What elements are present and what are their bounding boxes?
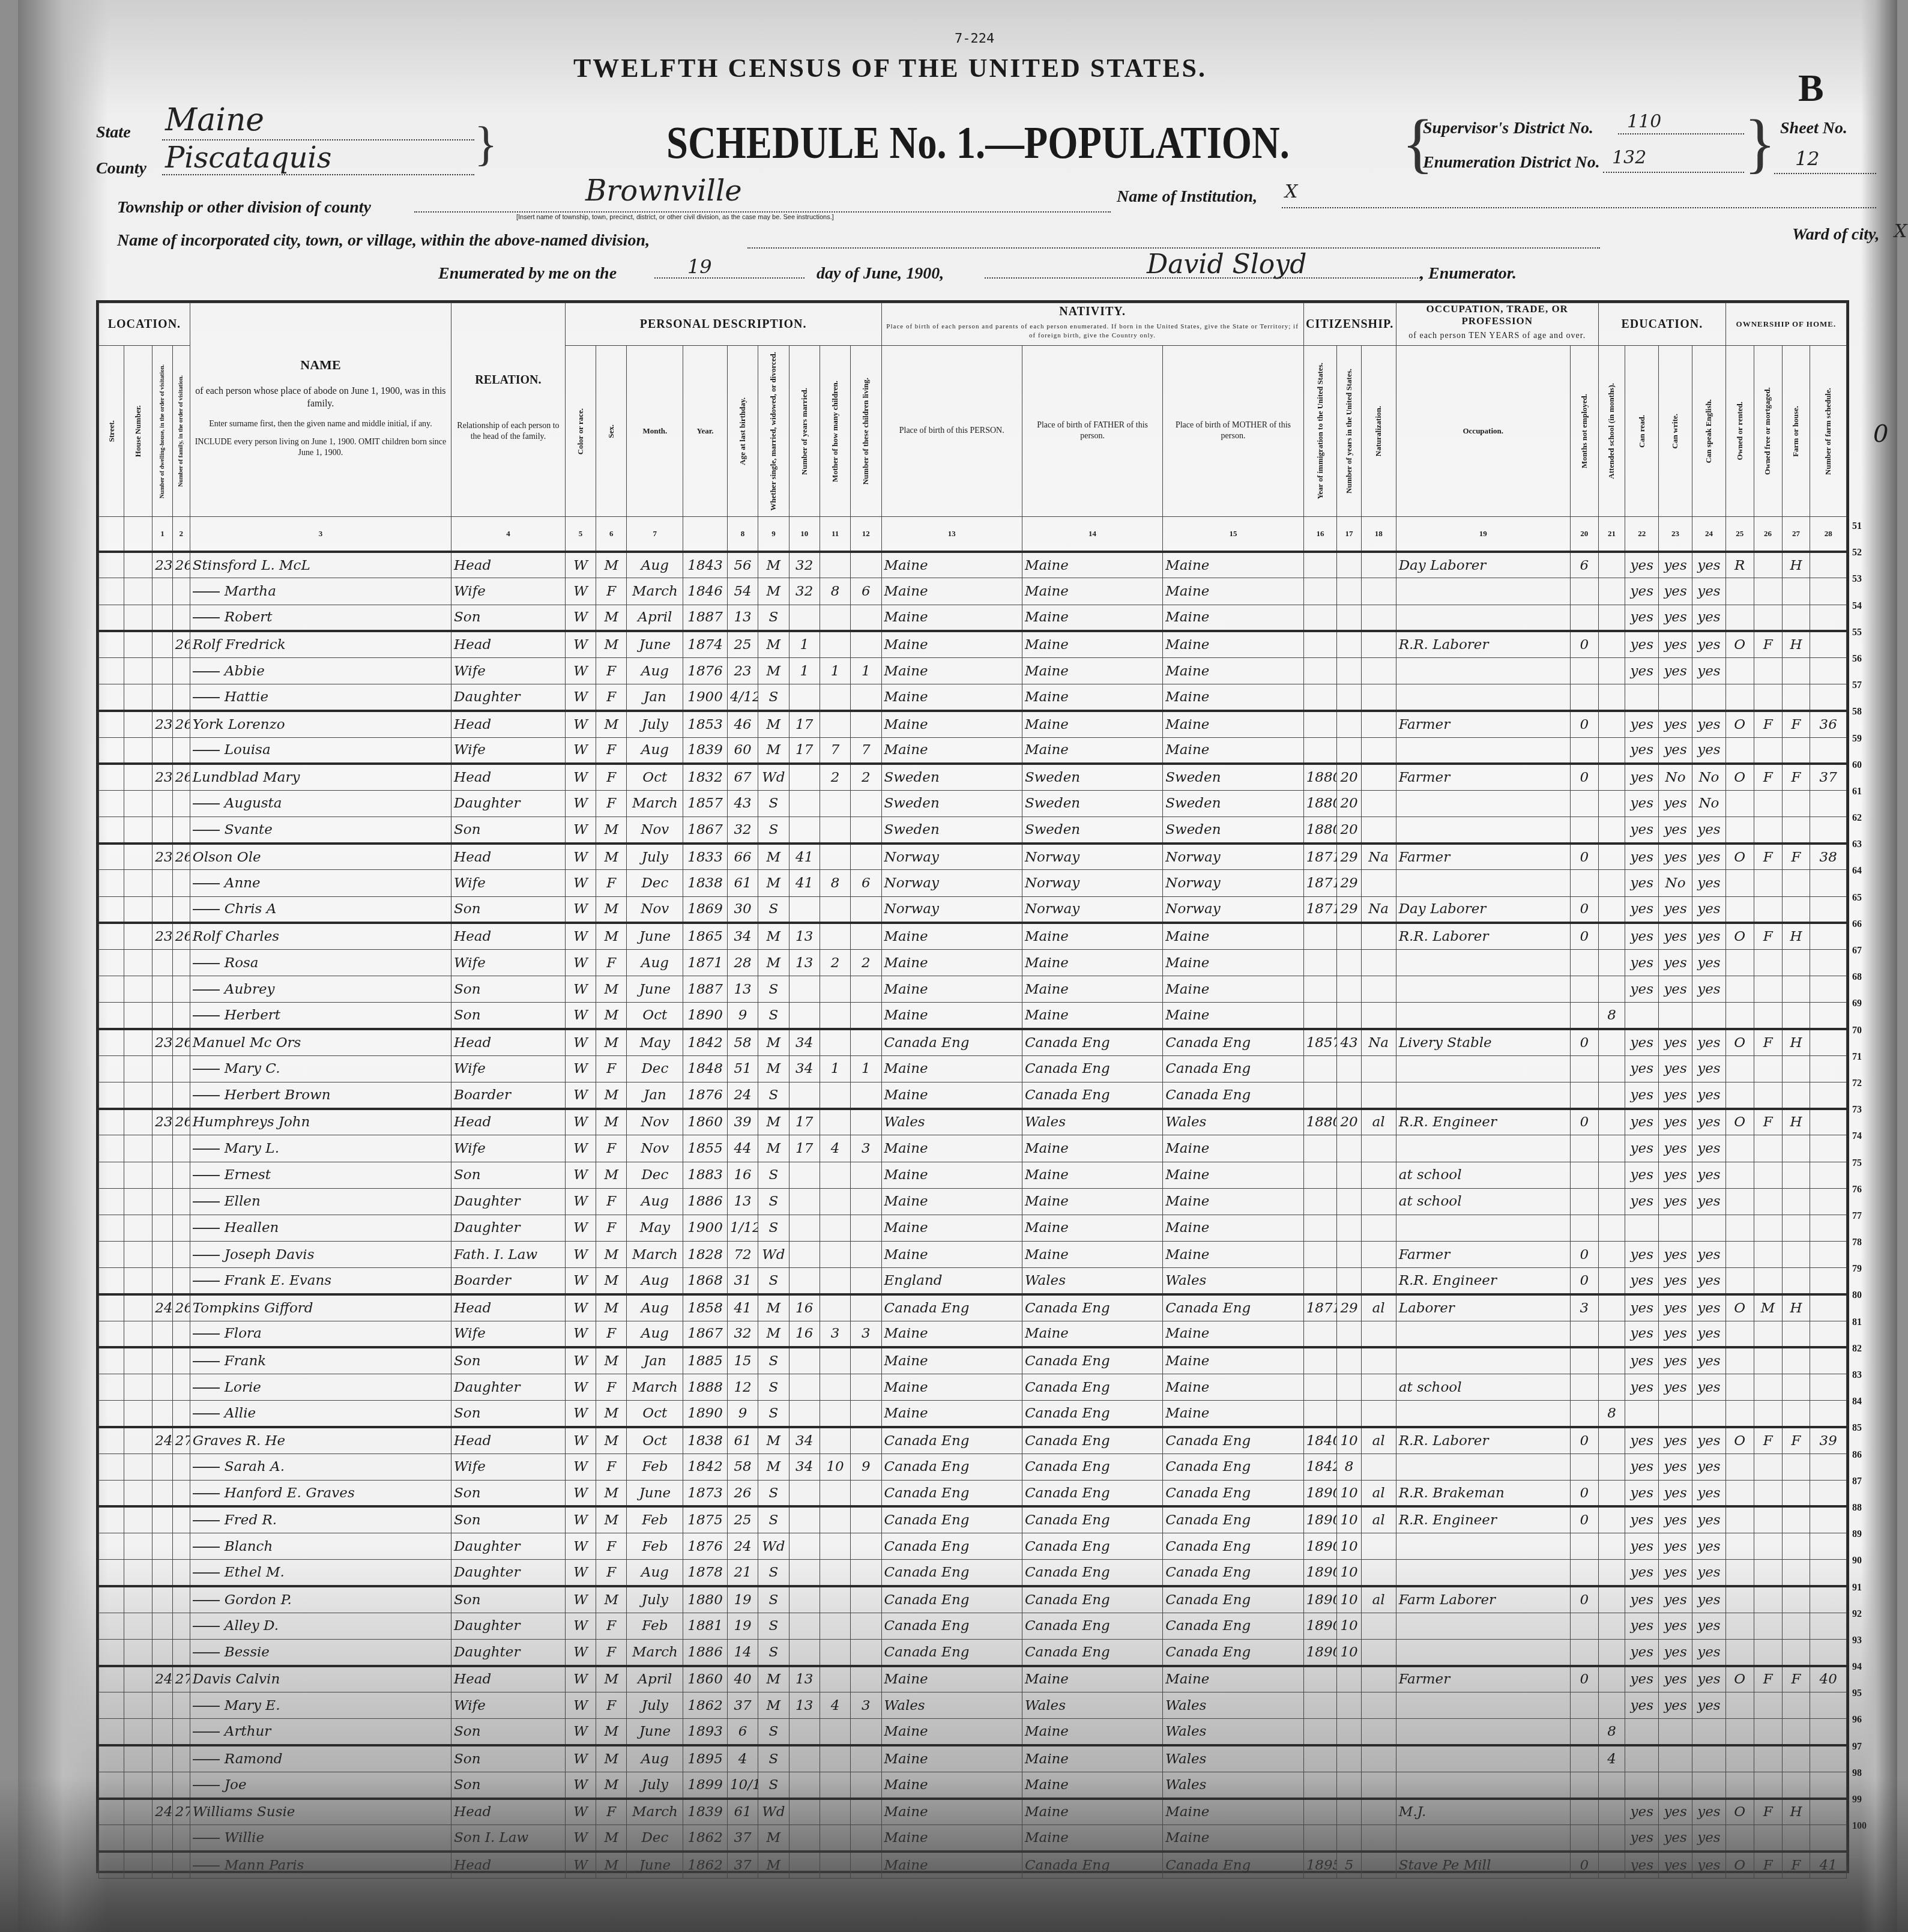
cell-street [99, 870, 124, 896]
cell-color: W [565, 1745, 596, 1772]
cell-street [99, 1480, 124, 1506]
surname-ditto-dash [193, 883, 220, 884]
cell-unemp [1570, 1825, 1598, 1852]
cell-yrs-married [789, 1745, 820, 1772]
cell-write: yes [1659, 605, 1692, 631]
surname-ditto-dash [193, 1069, 220, 1070]
cell-own [1725, 1215, 1754, 1241]
cell-living [851, 1427, 881, 1454]
cell-pob-mother: Canada Eng [1163, 1639, 1303, 1665]
cell-family [172, 1321, 190, 1347]
cell-school [1598, 1852, 1625, 1878]
cell-own [1725, 817, 1754, 844]
cell-unemp: 0 [1570, 923, 1598, 949]
surname-ditto-dash [193, 1281, 220, 1282]
cell-occ [1396, 790, 1570, 817]
cell-imm [1303, 1347, 1337, 1374]
cell-color: W [565, 1427, 596, 1454]
cell-free [1754, 896, 1782, 923]
cell-marital: S [758, 1215, 789, 1241]
cell-house [124, 1294, 152, 1321]
cell-yrs-married: 17 [789, 1135, 820, 1162]
cell-pob-father: Canada Eng [1022, 1586, 1162, 1613]
cell-farm [1782, 1215, 1810, 1241]
cell-school [1598, 923, 1625, 949]
surname-ditto-dash [193, 1175, 220, 1176]
cell-rel: Head [451, 1666, 566, 1692]
surname-ditto-dash [193, 909, 220, 910]
cell-name: Alley D. [190, 1613, 451, 1639]
cell-year: 1869 [683, 896, 728, 923]
cell-sex: M [596, 1480, 627, 1506]
cell-english: yes [1692, 1294, 1725, 1321]
cell-marital: S [758, 817, 789, 844]
enumerator-name: David Sloyd [1147, 249, 1306, 280]
cell-nat: Na [1361, 896, 1396, 923]
cell-year: 1890 [683, 1401, 728, 1427]
cell-pob-father: Canada Eng [1022, 1427, 1162, 1454]
township-value: Brownville [585, 174, 742, 208]
cell-house [124, 1639, 152, 1665]
cell-write: yes [1659, 578, 1692, 605]
cell-imm: 1890 [1303, 1586, 1337, 1613]
cell-unemp [1570, 1613, 1598, 1639]
cell-nat: Na [1361, 844, 1396, 870]
cell-sched [1810, 1506, 1847, 1533]
name-title: NAME [190, 357, 451, 373]
cell-street [99, 1427, 124, 1454]
cell-house [124, 1082, 152, 1108]
cell-rel: Wife [451, 1454, 566, 1480]
cell-yrs-married [789, 1639, 820, 1665]
cell-imm: 1871 [1303, 1294, 1337, 1321]
ward-label: Ward of city, [1792, 225, 1879, 244]
cell-street [99, 790, 124, 817]
cell-street [99, 1162, 124, 1188]
cell-family [172, 870, 190, 896]
cell-english: No [1692, 790, 1725, 817]
cell-farm [1782, 1055, 1810, 1082]
cell-living: 2 [851, 950, 881, 976]
cell-sex: F [596, 1055, 627, 1082]
cell-month: Jan [627, 684, 683, 711]
cell-farm [1782, 1639, 1810, 1665]
cell-read: yes [1625, 1825, 1659, 1852]
cell-english: yes [1692, 605, 1725, 631]
cell-own [1725, 578, 1754, 605]
cell-mother-of: 8 [820, 578, 850, 605]
cell-house [124, 1135, 152, 1162]
census-row: 236265Olson OleHeadWMJuly183366M41Norway… [99, 844, 1847, 870]
cell-imm [1303, 1719, 1337, 1745]
cell-pob: Maine [881, 657, 1022, 684]
cell-free [1754, 870, 1782, 896]
cell-sched [1810, 737, 1847, 764]
cell-sex: M [596, 1401, 627, 1427]
cell-marital: M [758, 578, 789, 605]
census-row: HattieDaughterWFJan19004/12SMaineMaineMa… [99, 684, 1847, 711]
cell-sched [1810, 896, 1847, 923]
cell-imm [1303, 1135, 1337, 1162]
relation-header: RELATION. Relationship of each person to… [451, 303, 566, 517]
cell-dwelling [152, 1188, 172, 1215]
cell-age: 32 [727, 817, 758, 844]
cell-school [1598, 1321, 1625, 1347]
cell-read: yes [1625, 1268, 1659, 1294]
col-free-mortgaged: Owned free or mortgaged. [1754, 346, 1782, 517]
cell-unemp [1570, 1454, 1598, 1480]
cell-pob-father: Maine [1022, 1215, 1162, 1241]
cell-yrs-married: 16 [789, 1321, 820, 1347]
cell-dwelling [152, 631, 172, 657]
col-marital: Whether single, married, widowed, or div… [758, 346, 789, 517]
cell-mother-of [820, 1533, 850, 1560]
cell-month: Nov [627, 817, 683, 844]
cell-pob: Maine [881, 1401, 1022, 1427]
surname-ditto-dash [193, 1493, 220, 1494]
cell-yrs-us: 10 [1337, 1639, 1361, 1665]
cell-house [124, 896, 152, 923]
cell-dwelling [152, 1374, 172, 1401]
cell-marital: S [758, 790, 789, 817]
cell-occ: R.R. Engineer [1396, 1268, 1570, 1294]
cell-pob-father: Maine [1022, 552, 1162, 578]
col-color: Color or race. [565, 346, 596, 517]
cell-dwelling [152, 1586, 172, 1613]
cell-english: yes [1692, 1586, 1725, 1613]
cell-unemp [1570, 1055, 1598, 1082]
col-farm-house: Farm or house. [1782, 346, 1810, 517]
cell-yrs-us [1337, 737, 1361, 764]
cell-yrs-married [789, 1506, 820, 1533]
line-number: 79 [1852, 1256, 1876, 1282]
cell-color: W [565, 976, 596, 1003]
cell-read: yes [1625, 1639, 1659, 1665]
cell-school [1598, 1374, 1625, 1401]
cell-dwelling [152, 1745, 172, 1772]
cell-yrs-married [789, 1772, 820, 1798]
cell-rel: Head [451, 1799, 566, 1825]
cell-imm [1303, 1374, 1337, 1401]
surname-ditto-dash [193, 1228, 220, 1229]
cell-mother-of [820, 844, 850, 870]
cell-age: 51 [727, 1055, 758, 1082]
cell-read: yes [1625, 1533, 1659, 1560]
cell-own: O [1725, 1666, 1754, 1692]
cell-pob-father: Maine [1022, 1188, 1162, 1215]
cell-age: 46 [727, 711, 758, 737]
cell-own [1725, 1586, 1754, 1613]
cell-write: yes [1659, 1055, 1692, 1082]
cell-dwelling [152, 1560, 172, 1586]
cell-sched [1810, 1745, 1847, 1772]
cell-occ [1396, 1533, 1570, 1560]
cell-sex: F [596, 578, 627, 605]
cell-mother-of [820, 1825, 850, 1852]
cell-sex: M [596, 923, 627, 949]
cell-color: W [565, 684, 596, 711]
cell-color: W [565, 1135, 596, 1162]
cell-free: F [1754, 764, 1782, 790]
cell-farm: H [1782, 1799, 1810, 1825]
cell-house [124, 737, 152, 764]
cell-year: 1873 [683, 1480, 728, 1506]
cell-nat [1361, 1082, 1396, 1108]
cell-sched: 38 [1810, 844, 1847, 870]
cell-nat [1361, 1560, 1396, 1586]
cell-sched [1810, 1586, 1847, 1613]
cell-color: W [565, 631, 596, 657]
cell-living [851, 1533, 881, 1560]
cell-dwelling: 243 [152, 1799, 172, 1825]
cell-pob: Norway [881, 896, 1022, 923]
cell-mother-of [820, 1852, 850, 1878]
cell-own: O [1725, 1799, 1754, 1825]
cell-yrs-us: 10 [1337, 1560, 1361, 1586]
cell-marital: M [758, 1454, 789, 1480]
relation-desc: Relationship of each person to the head … [451, 417, 565, 446]
cell-own [1725, 1082, 1754, 1108]
cell-marital: M [758, 1825, 789, 1852]
cell-age: 44 [727, 1135, 758, 1162]
cell-sched: 36 [1810, 711, 1847, 737]
cell-sex: F [596, 1799, 627, 1825]
cell-write: yes [1659, 950, 1692, 976]
cell-pob-mother: Norway [1163, 896, 1303, 923]
cell-sex: M [596, 817, 627, 844]
cell-color: W [565, 1533, 596, 1560]
cell-school [1598, 1666, 1625, 1692]
cell-english: yes [1692, 1692, 1725, 1719]
cell-age: 56 [727, 552, 758, 578]
cell-imm: 1871 [1303, 870, 1337, 896]
cell-unemp [1570, 790, 1598, 817]
census-row: Sarah A.WifeWFFeb184258M34109Canada EngC… [99, 1454, 1847, 1480]
cell-house [124, 950, 152, 976]
cell-school [1598, 1799, 1625, 1825]
cell-sched [1810, 1374, 1847, 1401]
cell-pob-mother: Maine [1163, 631, 1303, 657]
cell-living [851, 1639, 881, 1665]
cell-rel: Daughter [451, 790, 566, 817]
cell-year: 1881 [683, 1613, 728, 1639]
cell-sched [1810, 1613, 1847, 1639]
col-birth-month: Month. [627, 346, 683, 517]
cell-family [172, 1188, 190, 1215]
cell-yrs-us [1337, 684, 1361, 711]
cell-own: O [1725, 631, 1754, 657]
cell-name: Svante [190, 817, 451, 844]
cell-street [99, 764, 124, 790]
cell-living [851, 605, 881, 631]
scan-edge-left [18, 0, 108, 1932]
cell-month: Aug [627, 552, 683, 578]
cell-read: yes [1625, 657, 1659, 684]
surname-ditto-dash [193, 1838, 220, 1839]
cell-free: F [1754, 1109, 1782, 1135]
cell-unemp [1570, 976, 1598, 1003]
cell-own [1725, 1162, 1754, 1188]
census-row: BessieDaughterWFMarch188614SCanada EngCa… [99, 1639, 1847, 1665]
cell-family [172, 1613, 190, 1639]
cell-free [1754, 1506, 1782, 1533]
cell-pob-father: Canada Eng [1022, 1401, 1162, 1427]
cell-pob-father: Canada Eng [1022, 1082, 1162, 1108]
cell-living [851, 790, 881, 817]
census-row: BlanchDaughterWFFeb187624WdCanada EngCan… [99, 1533, 1847, 1560]
cell-month: June [627, 1480, 683, 1506]
cell-sex: M [596, 631, 627, 657]
cell-year: 1832 [683, 764, 728, 790]
cell-age: 61 [727, 870, 758, 896]
cell-pob-mother: Norway [1163, 844, 1303, 870]
cell-mother-of: 4 [820, 1135, 850, 1162]
cell-month: Jan [627, 1082, 683, 1108]
cell-mother-of [820, 1029, 850, 1055]
township-label: Township or other division of county [117, 198, 371, 217]
cell-living [851, 1745, 881, 1772]
cell-imm: 1880 [1303, 764, 1337, 790]
line-number: 87 [1852, 1469, 1876, 1495]
cell-street [99, 605, 124, 631]
cell-pob-mother: Canada Eng [1163, 1294, 1303, 1321]
cell-occ [1396, 1401, 1570, 1427]
cell-read: yes [1625, 631, 1659, 657]
cell-age: 37 [727, 1852, 758, 1878]
line-number: 63 [1852, 832, 1876, 858]
cell-free [1754, 1745, 1782, 1772]
census-row: Fred R.SonWMFeb187525SCanada EngCanada E… [99, 1506, 1847, 1533]
cell-house [124, 817, 152, 844]
cell-month: June [627, 1719, 683, 1745]
sheet-no-label: Sheet No. [1780, 119, 1847, 138]
cell-nat [1361, 1055, 1396, 1082]
cell-marital: M [758, 1294, 789, 1321]
cell-living [851, 1799, 881, 1825]
nativity-desc: Place of birth of each person and parent… [882, 319, 1303, 343]
cell-month: June [627, 1852, 683, 1878]
cell-farm [1782, 1082, 1810, 1108]
cell-sched [1810, 1003, 1847, 1029]
cell-sched [1810, 870, 1847, 896]
cell-house [124, 552, 152, 578]
surname-ditto-dash [193, 617, 220, 618]
line-number: 80 [1852, 1282, 1876, 1309]
line-number: 98 [1852, 1760, 1876, 1787]
col-years-married: Number of years married. [789, 346, 820, 517]
cell-living: 2 [851, 764, 881, 790]
cell-imm: 1880 [1303, 790, 1337, 817]
cell-age: 14 [727, 1639, 758, 1665]
cell-living [851, 1162, 881, 1188]
cell-color: W [565, 1055, 596, 1082]
cell-school [1598, 1613, 1625, 1639]
cell-rel: Son [451, 1719, 566, 1745]
cell-read [1625, 1772, 1659, 1798]
line-number: 65 [1852, 885, 1876, 911]
cell-mother-of [820, 1082, 850, 1108]
cell-imm: 1840 [1303, 1427, 1337, 1454]
cell-living [851, 1666, 881, 1692]
cell-dwelling [152, 1692, 172, 1719]
line-number: 56 [1852, 646, 1876, 672]
cell-own: O [1725, 1427, 1754, 1454]
cell-living [851, 896, 881, 923]
cell-own [1725, 1401, 1754, 1427]
cell-imm [1303, 631, 1337, 657]
cell-own: O [1725, 844, 1754, 870]
cell-imm [1303, 1666, 1337, 1692]
cell-pob: Canada Eng [881, 1639, 1022, 1665]
cell-school [1598, 790, 1625, 817]
cell-english: No [1692, 764, 1725, 790]
cell-farm [1782, 1586, 1810, 1613]
cell-rel: Head [451, 1029, 566, 1055]
cell-imm [1303, 1772, 1337, 1798]
cell-living [851, 1347, 881, 1374]
cell-imm: 1890 [1303, 1613, 1337, 1639]
relation-title: RELATION. [451, 373, 565, 387]
cell-living [851, 684, 881, 711]
cell-school: 8 [1598, 1401, 1625, 1427]
surname-ditto-dash [193, 1413, 220, 1414]
cell-nat [1361, 1188, 1396, 1215]
cell-own [1725, 1135, 1754, 1162]
cell-yrs-married: 17 [789, 711, 820, 737]
cell-dwelling [152, 1852, 172, 1878]
cell-occ: Day Laborer [1396, 896, 1570, 923]
col-months-unemployed: Months not employed. [1570, 346, 1598, 517]
cell-farm [1782, 578, 1810, 605]
cell-free [1754, 1480, 1782, 1506]
cell-pob: Maine [881, 552, 1022, 578]
cell-sched [1810, 1082, 1847, 1108]
cell-own [1725, 1613, 1754, 1639]
census-row: 242271Davis CalvinHeadWMApril186040M13Ma… [99, 1666, 1847, 1692]
cell-sex: M [596, 1082, 627, 1108]
cell-free [1754, 790, 1782, 817]
cell-occ [1396, 817, 1570, 844]
cell-unemp: 0 [1570, 711, 1598, 737]
cell-pob: Maine [881, 1135, 1022, 1162]
cell-color: W [565, 1719, 596, 1745]
cell-mother-of: 10 [820, 1454, 850, 1480]
cell-yrs-us [1337, 1666, 1361, 1692]
cell-yrs-married [789, 1242, 820, 1268]
cell-yrs-married: 13 [789, 950, 820, 976]
cell-month: Feb [627, 1506, 683, 1533]
census-row: FloraWifeWFAug186732M1633MaineMaineMaine… [99, 1321, 1847, 1347]
cell-street [99, 1772, 124, 1798]
cell-read: yes [1625, 896, 1659, 923]
census-row: FrankSonWMJan188515SMaineCanada EngMaine… [99, 1347, 1847, 1374]
cell-nat [1361, 1215, 1396, 1241]
cell-yrs-married [789, 684, 820, 711]
cell-family: 270 [172, 1427, 190, 1454]
cell-unemp [1570, 1188, 1598, 1215]
cell-sex: F [596, 684, 627, 711]
cell-marital: M [758, 631, 789, 657]
cell-pob: Sweden [881, 764, 1022, 790]
cell-street [99, 578, 124, 605]
cell-rel: Wife [451, 1321, 566, 1347]
cell-living [851, 923, 881, 949]
cell-family: 267 [172, 1029, 190, 1055]
cell-pob-father: Maine [1022, 1719, 1162, 1745]
cell-color: W [565, 790, 596, 817]
cell-farm: F [1782, 711, 1810, 737]
cell-farm [1782, 817, 1810, 844]
